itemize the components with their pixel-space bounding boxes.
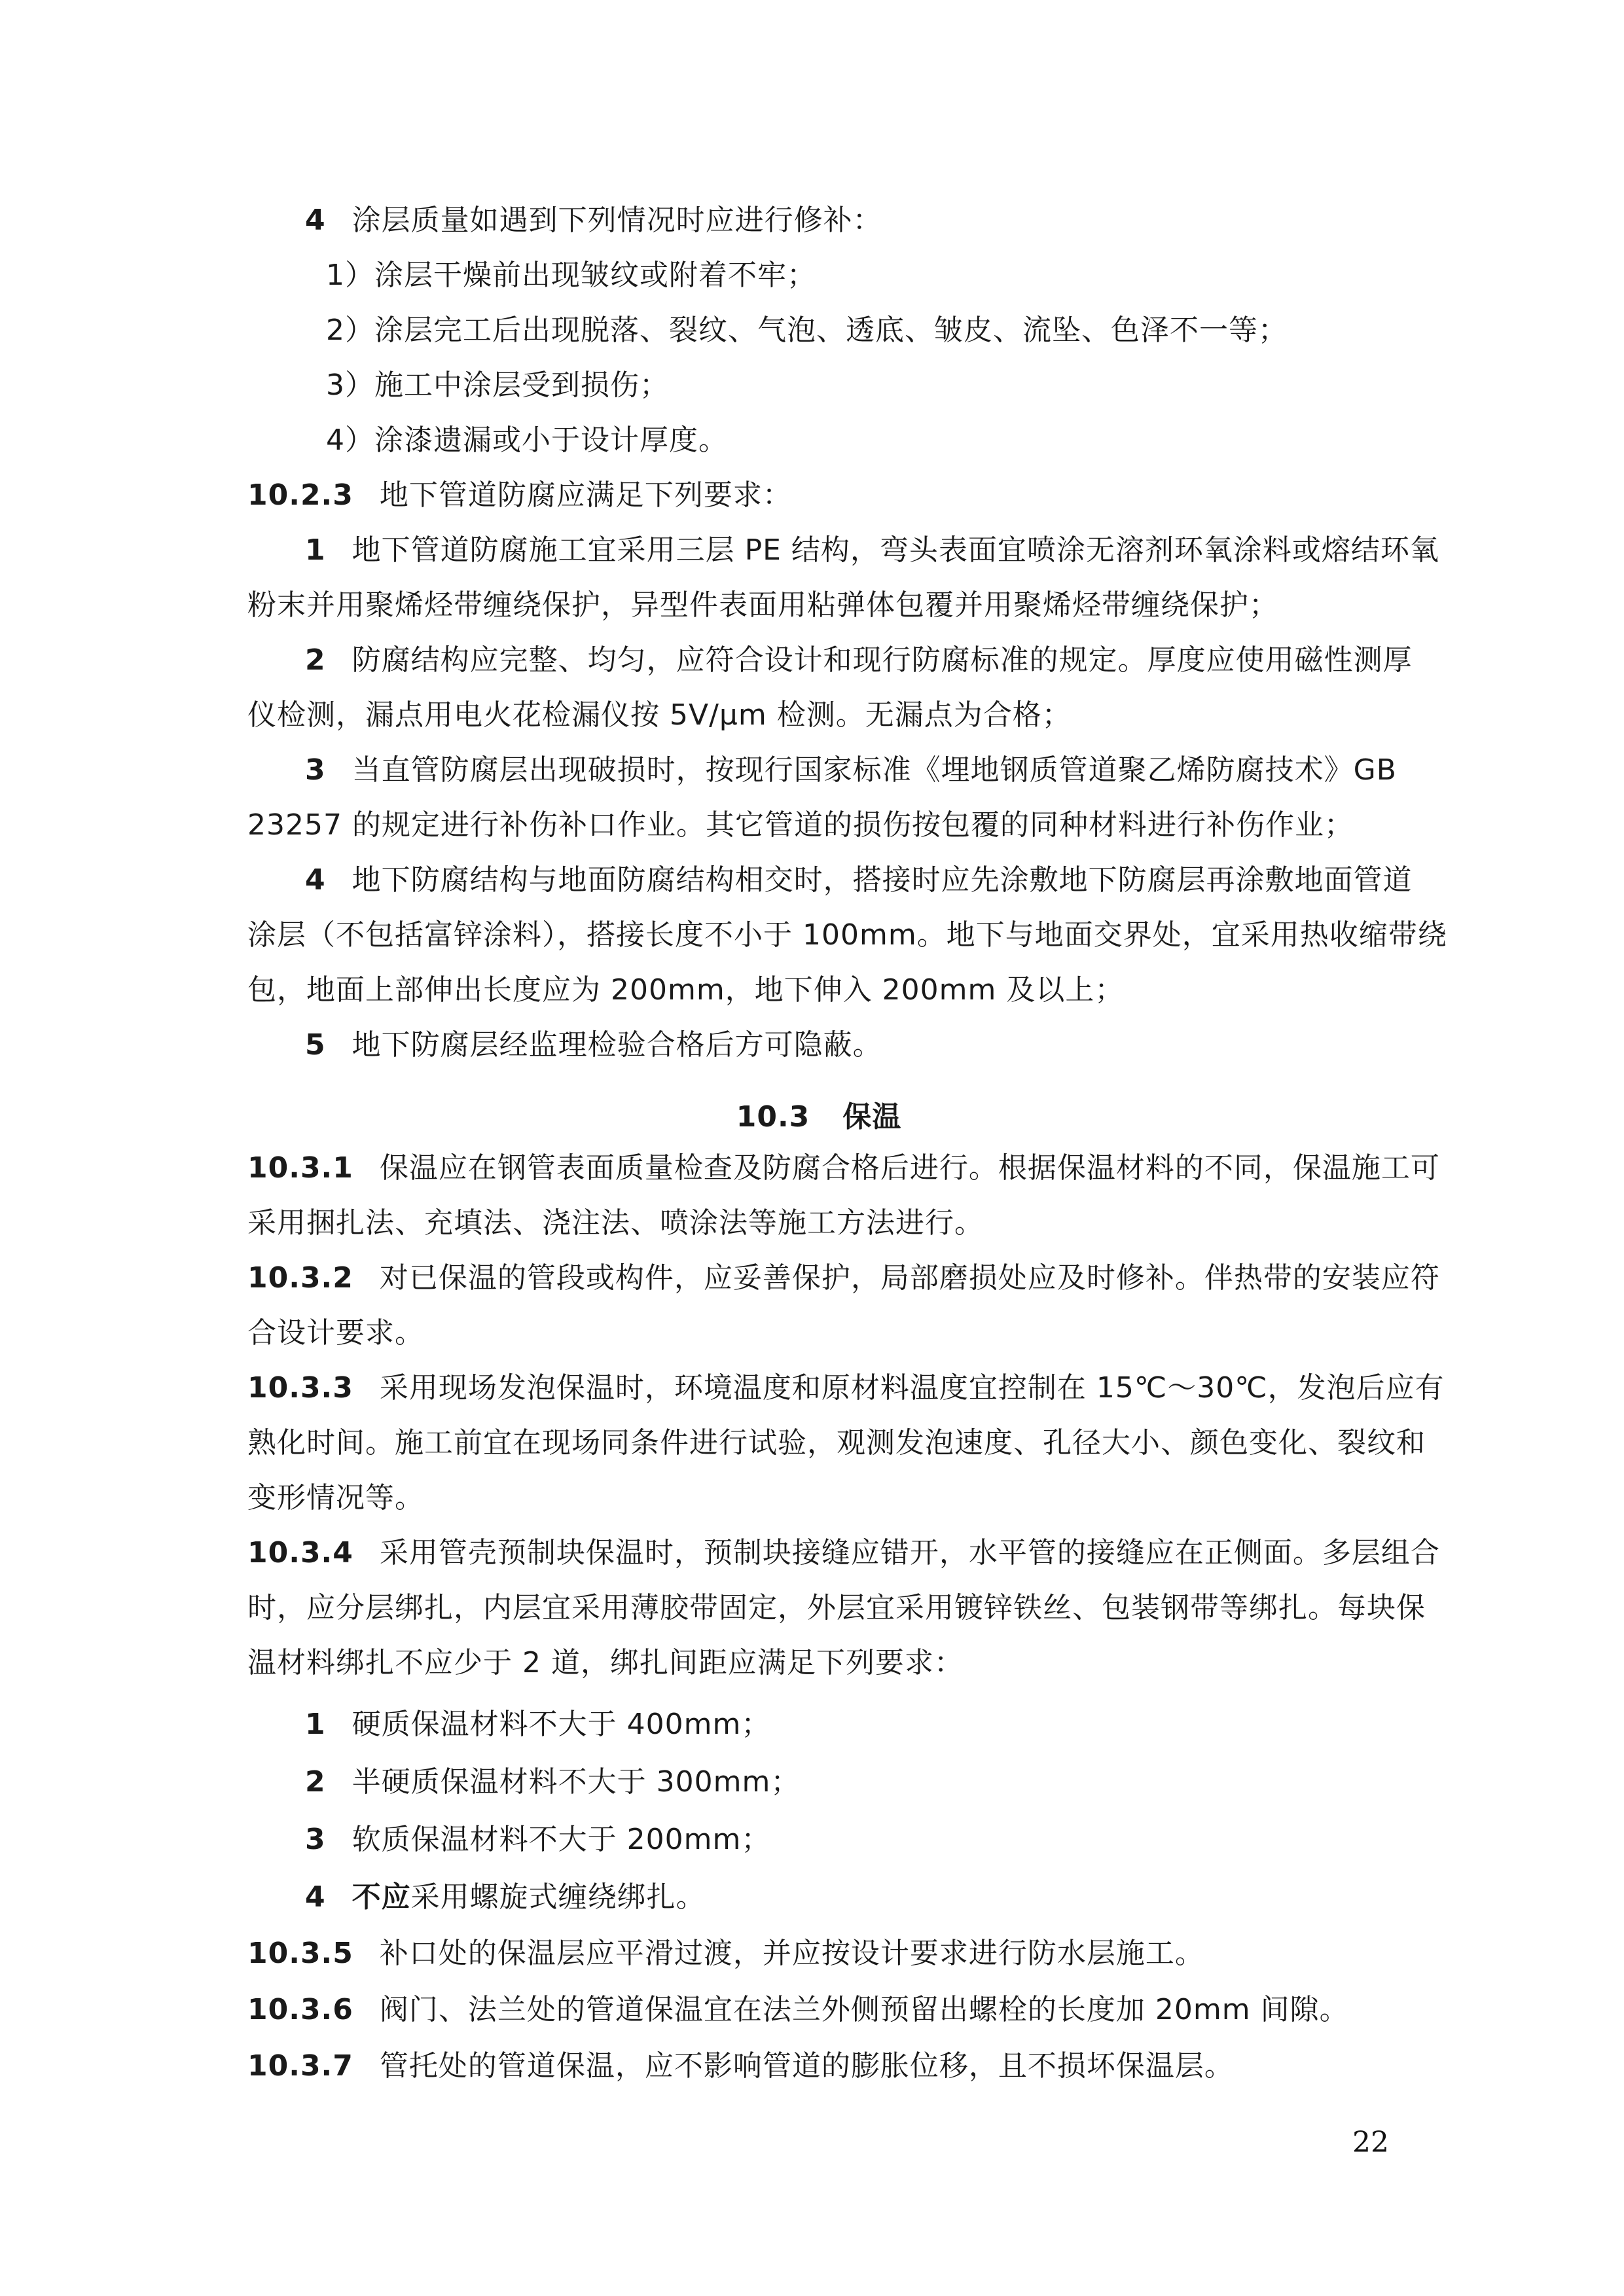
section-clause: 10.3.4采用管壳预制块保温时，预制块接缝应错开，水平管的接缝应在正侧面。多层… [247,1526,1390,1581]
clause-number: 10.3.3 [247,1371,353,1405]
clause-text: 软质保温材料不大于 200mm； [352,1823,771,1856]
clause-item: 2半硬质保温材料不大于 300mm； [247,1755,1390,1810]
clause-text: 地下防腐结构与地面防腐结构相交时，搭接时应先涂敷地下防腐层再涂敷地面管道 [352,863,1413,897]
clause-text: 涂层质量如遇到下列情况时应进行修补： [352,204,882,237]
clause-number: 2 [305,1765,326,1799]
paragraph-text: 合设计要求。 [247,1316,424,1350]
clause-item: 3软质保温材料不大于 200mm； [247,1812,1390,1867]
paragraph-text: 23257 的规定进行补伤补口作业。其它管道的损伤按包覆的同种材料进行补伤作业； [247,808,1354,842]
clause-number: 10.3.1 [247,1151,353,1185]
section-clause: 10.3.3采用现场发泡保温时，环境温度和原材料温度宜控制在 15℃～30℃，发… [247,1361,1390,1416]
section-number: 10.3 [736,1100,810,1134]
clause-number: 3 [305,1823,326,1856]
clause-text: 对已保温的管段或构件，应妥善保护，局部磨损处应及时修补。伴热带的安装应符 [380,1261,1440,1295]
paragraph-text: 变形情况等。 [247,1481,424,1515]
paragraph-continuation: 温材料绑扎不应少于 2 道，绑扎间距应满足下列要求： [247,1636,1390,1691]
clause-text: 地下管道防腐应满足下列要求： [380,478,792,512]
clause-text: 半硬质保温材料不大于 300mm； [352,1765,801,1799]
section-clause: 10.3.7管托处的管道保温，应不影响管道的膨胀位移，且不损坏保温层。 [247,2039,1390,2094]
paragraph-text: 涂层（不包括富锌涂料），搭接长度不小于 100mm。地下与地面交界处，宜采用热收… [247,918,1447,952]
clause-text: 采用螺旋式缠绕绑扎。 [411,1880,706,1914]
clause-number: 10.2.3 [247,478,353,512]
clause-number: 10.3.7 [247,2049,353,2083]
paragraph-text: 仪检测，漏点用电火花检漏仪按 5V/μm 检测。无漏点为合格； [247,698,1072,732]
clause-number: 4 [305,204,326,237]
list-subitem: 4）涂漆遗漏或小于设计厚度。 [247,413,1390,468]
clause-number: 10.3.5 [247,1937,353,1970]
clause-item: 1地下管道防腐施工宜采用三层 PE 结构，弯头表面宜喷涂无溶剂环氧涂料或熔结环氧 [247,523,1390,578]
clause-text: 管托处的管道保温，应不影响管道的膨胀位移，且不损坏保温层。 [380,2049,1234,2083]
clause-text: 地下管道防腐施工宜采用三层 PE 结构，弯头表面宜喷涂无溶剂环氧涂料或熔结环氧 [352,533,1439,567]
clause-number: 1 [305,1708,326,1741]
clause-item: 3当直管防腐层出现破损时，按现行国家标准《埋地钢质管道聚乙烯防腐技术》GB [247,743,1390,798]
document-page: 4涂层质量如遇到下列情况时应进行修补： 1）涂层干燥前出现皱纹或附着不牢； 2）… [0,0,1624,2296]
paragraph-text: 时，应分层绑扎，内层宜采用薄胶带固定，外层宜采用镀锌铁丝、包装钢带等绑扎。每块保 [247,1591,1426,1624]
paragraph-continuation: 合设计要求。 [247,1306,1390,1361]
paragraph-text: 熟化时间。施工前宜在现场同条件进行试验，观测发泡速度、孔径大小、颜色变化、裂纹和 [247,1426,1426,1460]
paragraph-text: 温材料绑扎不应少于 2 道，绑扎间距应满足下列要求： [247,1646,964,1679]
paragraph-continuation: 粉末并用聚烯烃带缠绕保护，异型件表面用粘弹体包覆并用聚烯烃带缠绕保护； [247,578,1390,633]
clause-item: 2防腐结构应完整、均匀，应符合设计和现行防腐标准的规定。厚度应使用磁性测厚 [247,633,1390,688]
paragraph-continuation: 23257 的规定进行补伤补口作业。其它管道的损伤按包覆的同种材料进行补伤作业； [247,798,1390,853]
paragraph-continuation: 涂层（不包括富锌涂料），搭接长度不小于 100mm。地下与地面交界处，宜采用热收… [247,908,1390,963]
list-subitem: 1）涂层干燥前出现皱纹或附着不牢； [247,248,1390,303]
section-clause: 10.3.6阀门、法兰处的管道保温宜在法兰外侧预留出螺栓的长度加 20mm 间隙… [247,1982,1390,2037]
section-clause: 10.3.5补口处的保温层应平滑过渡，并应按设计要求进行防水层施工。 [247,1926,1390,1981]
section-title: 保温 [842,1100,901,1134]
clause-text: 采用现场发泡保温时，环境温度和原材料温度宜控制在 15℃～30℃，发泡后应有 [380,1371,1445,1405]
list-subitem: 3）施工中涂层受到损伤； [247,358,1390,413]
subitem-text: 4）涂漆遗漏或小于设计厚度。 [326,423,728,457]
paragraph-continuation: 变形情况等。 [247,1471,1390,1526]
clause-number: 4 [305,863,326,897]
section-heading: 10.3保温 [247,1090,1390,1145]
section-clause: 10.3.1保温应在钢管表面质量检查及防腐合格后进行。根据保温材料的不同，保温施… [247,1141,1390,1196]
document-body: 4涂层质量如遇到下列情况时应进行修补： 1）涂层干燥前出现皱纹或附着不牢； 2）… [247,193,1390,2094]
paragraph-continuation: 采用捆扎法、充填法、浇注法、喷涂法等施工方法进行。 [247,1196,1390,1251]
clause-item: 4涂层质量如遇到下列情况时应进行修补： [247,193,1390,248]
clause-item: 5地下防腐层经监理检验合格后方可隐蔽。 [247,1018,1390,1073]
subitem-text: 1）涂层干燥前出现皱纹或附着不牢； [326,259,816,292]
paragraph-continuation: 时，应分层绑扎，内层宜采用薄胶带固定，外层宜采用镀锌铁丝、包装钢带等绑扎。每块保 [247,1581,1390,1636]
clause-number: 10.3.2 [247,1261,353,1295]
clause-text: 硬质保温材料不大于 400mm； [352,1708,771,1741]
bold-emphasis: 不应 [352,1880,411,1914]
clause-text: 补口处的保温层应平滑过渡，并应按设计要求进行防水层施工。 [380,1937,1204,1970]
clause-number: 10.3.6 [247,1993,353,2026]
section-clause: 10.3.2对已保温的管段或构件，应妥善保护，局部磨损处应及时修补。伴热带的安装… [247,1251,1390,1306]
clause-number: 3 [305,753,326,787]
paragraph-continuation: 熟化时间。施工前宜在现场同条件进行试验，观测发泡速度、孔径大小、颜色变化、裂纹和 [247,1416,1390,1471]
page-number: 22 [1352,2126,1389,2159]
clause-text: 阀门、法兰处的管道保温宜在法兰外侧预留出螺栓的长度加 20mm 间隙。 [380,1993,1349,2026]
clause-number: 1 [305,533,326,567]
clause-number: 5 [305,1028,326,1062]
paragraph-continuation: 仪检测，漏点用电火花检漏仪按 5V/μm 检测。无漏点为合格； [247,688,1390,743]
paragraph-text: 采用捆扎法、充填法、浇注法、喷涂法等施工方法进行。 [247,1206,984,1240]
clause-item: 1硬质保温材料不大于 400mm； [247,1697,1390,1752]
clause-item: 4不应采用螺旋式缠绕绑扎。 [247,1870,1390,1925]
subitem-text: 3）施工中涂层受到损伤； [326,368,669,402]
clause-text: 当直管防腐层出现破损时，按现行国家标准《埋地钢质管道聚乙烯防腐技术》GB [352,753,1397,787]
paragraph-continuation: 包，地面上部伸出长度应为 200mm，地下伸入 200mm 及以上； [247,963,1390,1018]
clause-text: 保温应在钢管表面质量检查及防腐合格后进行。根据保温材料的不同，保温施工可 [380,1151,1440,1185]
list-subitem: 2）涂层完工后出现脱落、裂纹、气泡、透底、皱皮、流坠、色泽不一等； [247,303,1390,358]
clause-item: 4地下防腐结构与地面防腐结构相交时，搭接时应先涂敷地下防腐层再涂敷地面管道 [247,853,1390,908]
clause-text: 地下防腐层经监理检验合格后方可隐蔽。 [352,1028,882,1062]
paragraph-text: 粉末并用聚烯烃带缠绕保护，异型件表面用粘弹体包覆并用聚烯烃带缠绕保护； [247,588,1278,622]
clause-text: 采用管壳预制块保温时，预制块接缝应错开，水平管的接缝应在正侧面。多层组合 [380,1536,1440,1570]
clause-text: 防腐结构应完整、均匀，应符合设计和现行防腐标准的规定。厚度应使用磁性测厚 [352,643,1413,677]
paragraph-text: 包，地面上部伸出长度应为 200mm，地下伸入 200mm 及以上； [247,973,1124,1007]
clause-number: 2 [305,643,326,677]
clause-number: 4 [305,1880,326,1914]
subitem-text: 2）涂层完工后出现脱落、裂纹、气泡、透底、皱皮、流坠、色泽不一等； [326,314,1288,347]
clause-number: 10.3.4 [247,1536,353,1570]
section-clause: 10.2.3地下管道防腐应满足下列要求： [247,468,1390,523]
